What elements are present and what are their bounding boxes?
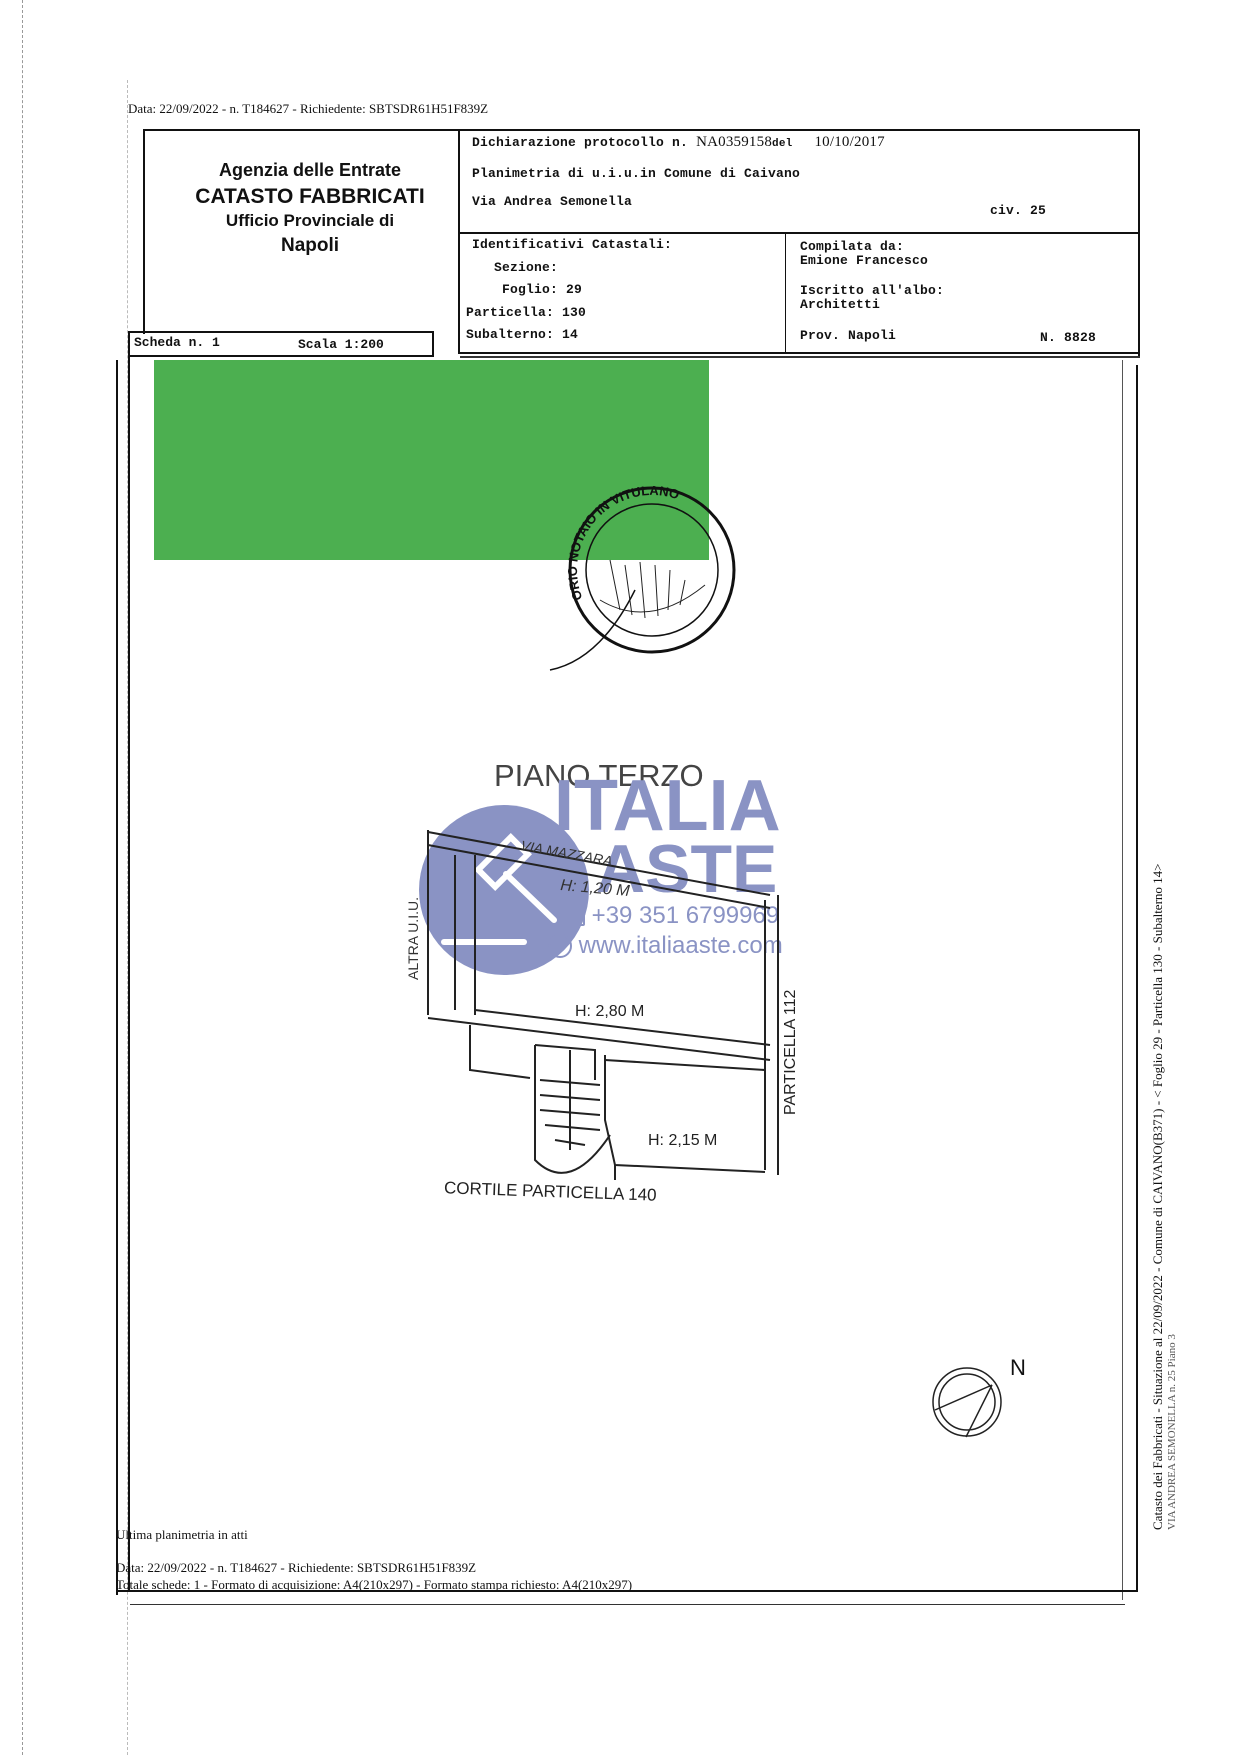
drawing-frame-right-inner: [1122, 360, 1123, 1600]
north-arrow-icon: [930, 1365, 1005, 1440]
protocol-date: 10/10/2017: [814, 134, 884, 150]
agency-block: Agenzia delle Entrate CATASTO FABBRICATI…: [160, 160, 460, 257]
north-label: N: [1010, 1355, 1026, 1381]
agency-office: Ufficio Provinciale di: [160, 211, 460, 231]
drawing-frame-bottom-2: [130, 1604, 1125, 1605]
svg-text:ALTRA U.I.U.: ALTRA U.I.U.: [405, 897, 421, 980]
agency-city: Napoli: [160, 235, 460, 257]
svg-text:H: 2,80 M: H: 2,80 M: [575, 1003, 644, 1020]
foglio-label: Foglio:: [502, 282, 558, 297]
subalterno-row: Subalterno: 14: [466, 327, 578, 342]
scheda-box: Scheda n. 1 Scala 1:200: [128, 331, 434, 357]
scan-margin-left: [22, 0, 23, 1755]
foglio-row: Foglio: 29: [502, 282, 582, 297]
sezione-row: Sezione:: [494, 260, 558, 275]
particella-value: 130: [562, 305, 586, 320]
scala: Scala 1:200: [298, 337, 384, 352]
sezione-label: Sezione:: [494, 260, 558, 275]
albo-value: Architetti: [800, 298, 944, 312]
svg-text:ORIO NOTAIO IN VITULANO: ORIO NOTAIO IN VITULANO: [565, 483, 681, 603]
notary-stamp-icon: ORIO NOTAIO IN VITULANO: [540, 470, 740, 680]
protocol-date-label: del: [772, 138, 792, 150]
protocol-number: NA0359158: [696, 134, 772, 150]
albo-label: Iscritto all'albo:: [800, 284, 944, 298]
compiler-number: N. 8828: [1040, 330, 1096, 345]
albo-block: Iscritto all'albo: Architetti: [800, 284, 944, 312]
identifiers-title: Identificativi Catastali:: [472, 237, 672, 252]
footer-request: Data: 22/09/2022 - n. T184627 - Richiede…: [116, 1560, 476, 1576]
subalterno-label: Subalterno:: [466, 327, 554, 342]
subalterno-value: 14: [562, 327, 578, 342]
svg-text:H: 2,15 M: H: 2,15 M: [648, 1132, 717, 1149]
drawing-frame-left: [128, 355, 130, 1590]
frame-left-top: [143, 129, 145, 334]
frame-top: [143, 129, 1139, 131]
drawing-frame-top: [460, 356, 1140, 358]
protocol-label: Dichiarazione protocollo n.: [472, 135, 688, 150]
address-line: Via Andrea Semonella: [472, 194, 632, 209]
svg-text:PARTICELLA 112: PARTICELLA 112: [782, 989, 799, 1115]
floor-plan-drawing: VIA MAZZARA H: 1,20 M H: 2,80 M H: 2,15 …: [400, 820, 800, 1180]
drawing-frame-left-outer: [116, 360, 118, 1595]
compiler-label: Compilata da:: [800, 240, 928, 254]
decl-box-left: [458, 129, 460, 352]
drawing-frame-right: [1136, 365, 1138, 1590]
civic-number: civ. 25: [990, 203, 1046, 218]
compiler-name: Emione Francesco: [800, 254, 928, 268]
foglio-value: 29: [566, 282, 582, 297]
footer-last-planimetry: Ultima planimetria in atti: [116, 1527, 248, 1543]
protocol-line: Dichiarazione protocollo n. NA0359158del…: [472, 134, 885, 151]
scheda-number: Scheda n. 1: [134, 335, 220, 350]
footer-totals: Totale schede: 1 - Formato di acquisizio…: [116, 1577, 632, 1593]
frame-right-top: [1138, 129, 1140, 357]
compiler-province: Prov. Napoli: [800, 328, 896, 343]
agency-name: Agenzia delle Entrate: [160, 160, 460, 181]
header-request-line: Data: 22/09/2022 - n. T184627 - Richiede…: [128, 101, 488, 117]
compiler-block: Compilata da: Emione Francesco: [800, 240, 928, 268]
courtyard-label: CORTILE PARTICELLA 140: [444, 1178, 657, 1205]
decl-box-divider: [458, 232, 1139, 234]
decl-box-bottom: [458, 352, 1139, 354]
side-text-line1: Catasto dei Fabbricati - Situazione al 2…: [1150, 864, 1166, 1531]
side-text-line2: VIA ANDREA SEMONELLA n. 25 Piano 3: [1166, 1334, 1175, 1530]
particella-label: Particella:: [466, 305, 554, 320]
particella-row: Particella: 130: [466, 305, 586, 320]
ident-compiler-divider: [785, 232, 786, 352]
agency-catasto: CATASTO FABBRICATI: [160, 185, 460, 209]
planimetry-line: Planimetria di u.i.u.in Comune di Caivan…: [472, 166, 800, 181]
